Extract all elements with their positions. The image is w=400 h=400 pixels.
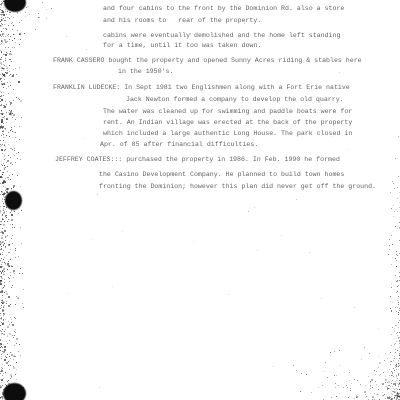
scanned-document-page: and four cabins to the front by the Domi… — [0, 0, 400, 400]
text-line: and his rooms to rear of the property. — [103, 17, 261, 25]
text-line: The water was cleaned up for swimming an… — [103, 108, 352, 116]
text-line: cabins were eventually demolished and th… — [103, 32, 340, 40]
ink-blob-middle — [5, 191, 22, 210]
text-line: FRANK CASSERO bought the property and op… — [53, 57, 362, 65]
text-line: the Casino Development Company. He plann… — [99, 171, 344, 179]
ink-blob-bottom — [3, 383, 26, 400]
text-line: and four cabins to the front by the Domi… — [103, 5, 344, 13]
ink-blob-top — [4, 0, 26, 12]
text-line: Jack Newton formed a company to develop … — [126, 96, 344, 104]
text-line: for a time, until it too was taken down. — [103, 42, 261, 50]
text-line: Apr. of 85 after financial difficulties. — [100, 141, 258, 149]
text-line: JEFFREY COATES::: purchased the property… — [55, 156, 340, 164]
text-line: which included a large authentic Long Ho… — [103, 130, 352, 138]
text-line: rent. An Indian village was erected at t… — [103, 119, 352, 127]
text-line: in the 1950's. — [118, 68, 173, 76]
text-line: fronting the Dominion; however this plan… — [99, 183, 376, 191]
text-line: FRANKLIN LUDECKE: In Sept 1981 two Engli… — [53, 84, 350, 92]
